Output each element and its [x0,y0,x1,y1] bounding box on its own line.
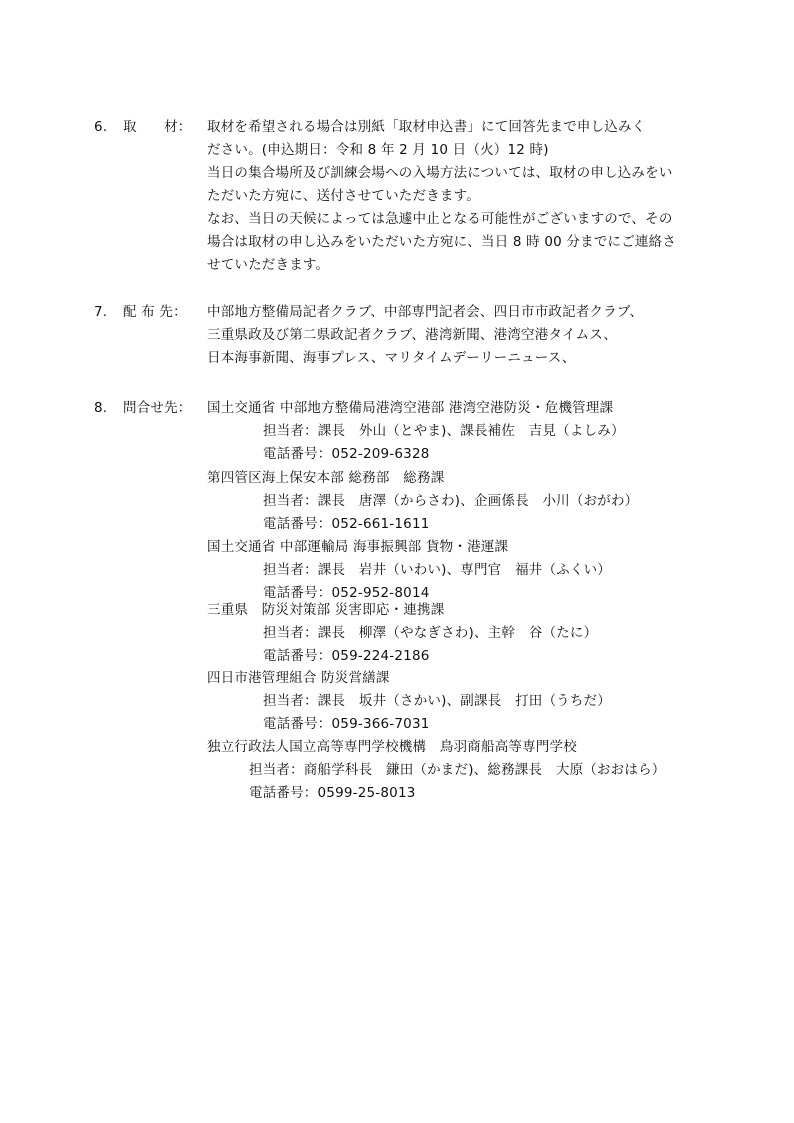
section-6-text-line: 当日の集合場所及び訓練会場への入場方法については、取材の申し込みをい [207,164,673,182]
contact-persons: 担当者：課長 柳澤（やなぎさわ)、主幹 谷（たに） [263,624,597,642]
section-6-text-line: ださい。(申込期日：令和 8 年 2 月 10 日（火）12 時) [207,141,549,159]
contact-persons: 担当者：課長 岩井（いわい)、専門官 福井（ふくい） [263,561,611,579]
distribution-line: 日本海事新聞、海事プレス、マリタイムデーリーニュース、 [207,349,576,367]
section-6-text-line: 場合は取材の申し込みをいただいた方宛に、当日 8 時 00 分までにご連絡さ [207,233,676,251]
section-6-text-line: 取材を希望される場合は別紙「取材申込書」にて回答先まで申し込みく [207,118,645,136]
contact-persons: 担当者：課長 坂井（さかい)、副課長 打田（うちだ） [263,692,611,710]
section-8-number: 8. [94,399,107,417]
contact-org: 四日市港管理組合 防災営繕課 [207,669,390,687]
contact-org: 三重県 防災対策部 災害即応・連携課 [207,601,444,619]
contact-org: 国土交通省 中部地方整備局港湾空港部 港湾空港防災・危機管理課 [207,399,613,417]
distribution-line: 三重県政及び第二県政記者クラブ、港湾新聞、港湾空港タイムス、 [207,326,617,344]
contact-org: 国土交通省 中部運輸局 海事振興部 貨物・港運課 [207,538,508,556]
section-6-text-line: せていただきます。 [207,256,329,274]
contact-phone: 電話番号：059-366-7031 [263,715,430,733]
section-7-number: 7. [94,303,107,321]
section-7-label: 配 布 先： [123,303,187,321]
distribution-line: 中部地方整備局記者クラブ、中部専門記者会、四日市市政記者クラブ、 [207,303,643,321]
section-6-text-line: なお、当日の天候によっては急遽中止となる可能性がございますので、その [207,210,673,228]
contact-persons: 担当者：課長 外山（とやま)、課長補佐 吉見（よしみ） [263,422,625,440]
contact-persons: 担当者：課長 唐澤（からさわ)、企画係長 小川（おがわ） [263,492,638,510]
contact-phone: 電話番号：059-224-2186 [263,647,430,665]
contact-phone: 電話番号：052-209-6328 [263,445,430,463]
section-6-number: 6. [94,118,107,136]
contact-org: 独立行政法人国立高等専門学校機構 鳥羽商船高等専門学校 [207,738,577,756]
section-8-label: 問合せ先： [123,399,192,417]
section-6-text-line: ただいた方宛に、送付させていただきます。 [207,187,480,205]
section-6-label: 取 材： [123,118,192,136]
contact-phone: 電話番号：052-661-1611 [263,515,430,533]
contact-phone: 電話番号：052-952-8014 [263,584,430,602]
contact-persons: 担当者：商船学科長 鎌田（かまだ)、総務課長 大原（おおはら） [249,761,665,779]
contact-phone: 電話番号：0599-25-8013 [249,784,416,802]
contact-org: 第四管区海上保安本部 総務部 総務課 [207,469,444,487]
